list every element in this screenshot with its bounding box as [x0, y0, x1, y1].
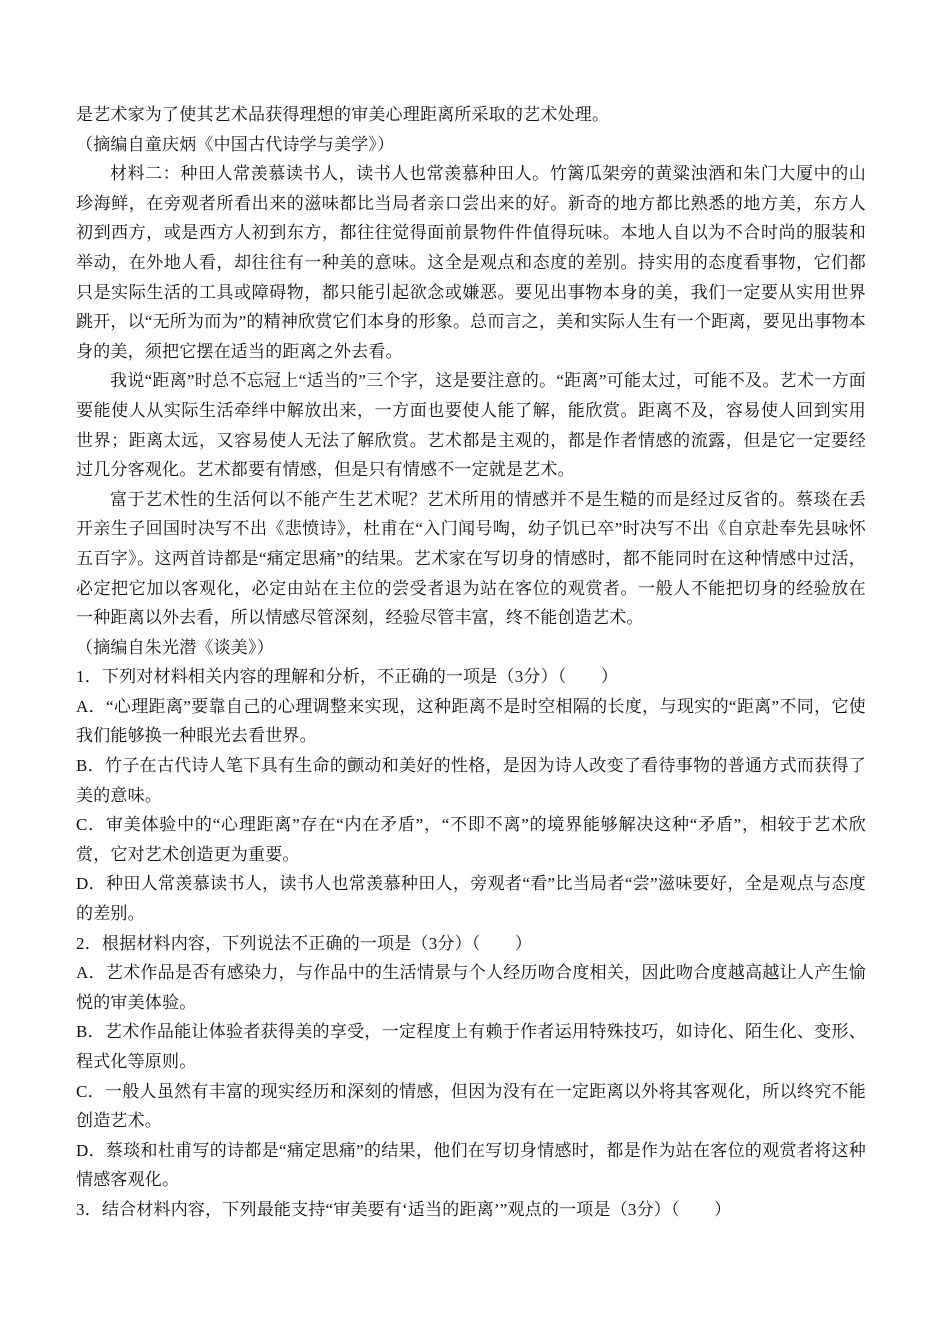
exam-page: 是艺术家为了使其艺术品获得理想的审美心理距离所采取的艺术处理。 （摘编自童庆炳《… [0, 0, 950, 1344]
question-1-option-b: B．竹子在古代诗人笔下具有生命的颤动和美好的性格，是因为诗人改变了看待事物的普通… [76, 751, 866, 810]
question-1-option-d: D．种田人常羡慕读书人，读书人也常羡慕种田人，旁观者“看”比当局者“尝”滋味要好… [76, 869, 866, 928]
material-two-paragraph-2: 我说“距离”时总不忘冠上“适当的”三个字，这是要注意的。“距离”可能太过，可能不… [76, 366, 866, 484]
question-2-option-a: A．艺术作品是否有感染力，与作品中的生活情景与个人经历吻合度相关，因此吻合度越高… [76, 958, 866, 1017]
question-2-stem: 2．根据材料内容，下列说法不正确的一项是（3分）（ ） [76, 929, 866, 959]
question-2: 2．根据材料内容，下列说法不正确的一项是（3分）（ ） A．艺术作品是否有感染力… [76, 929, 866, 1195]
citation-material-one: （摘编自童庆炳《中国古代诗学与美学》） [76, 130, 866, 160]
question-1-stem: 1．下列对材料相关内容的理解和分析，不正确的一项是（3分）（ ） [76, 662, 866, 692]
question-3: 3．结合材料内容，下列最能支持“审美要有‘适当的距离’”观点的一项是（3分）（ … [76, 1195, 866, 1225]
material-two-paragraph-1: 材料二：种田人常羡慕读书人，读书人也常羡慕种田人。竹篱瓜架旁的黄粱浊酒和朱门大厦… [76, 159, 866, 366]
material-two-paragraph-3: 富于艺术性的生活何以不能产生艺术呢？艺术所用的情感并不是生糙的而是经过反省的。蔡… [76, 485, 866, 633]
question-1-option-c: C．审美体验中的“心理距离”存在“内在矛盾”，“不即不离”的境界能够解决这种“矛… [76, 810, 866, 869]
question-2-option-d: D．蔡琰和杜甫写的诗都是“痛定思痛”的结果，他们在写切身情感时，都是作为站在客位… [76, 1136, 866, 1195]
question-1: 1．下列对材料相关内容的理解和分析，不正确的一项是（3分）（ ） A．“心理距离… [76, 662, 866, 928]
question-1-option-a: A．“心理距离”要靠自己的心理调整来实现，这种距离不是时空相隔的长度，与现实的“… [76, 692, 866, 751]
question-3-stem: 3．结合材料内容，下列最能支持“审美要有‘适当的距离’”观点的一项是（3分）（ … [76, 1195, 866, 1225]
question-2-option-c: C．一般人虽然有丰富的现实经历和深刻的情感，但因为没有在一定距离以外将其客观化，… [76, 1077, 866, 1136]
intro-continuation-line: 是艺术家为了使其艺术品获得理想的审美心理距离所采取的艺术处理。 [76, 100, 866, 130]
citation-material-two: （摘编自朱光潜《谈美》） [76, 633, 866, 663]
question-2-option-b: B．艺术作品能让体验者获得美的享受，一定程度上有赖于作者运用特殊技巧，如诗化、陌… [76, 1017, 866, 1076]
